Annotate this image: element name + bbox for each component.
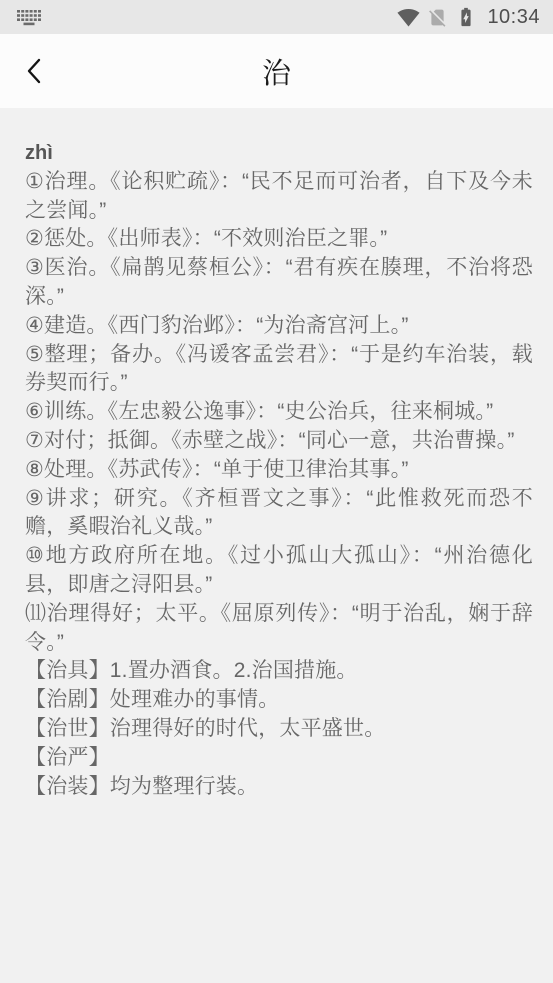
- status-bar: 10:34: [0, 0, 553, 34]
- screen: 10:34 治 zhì ①治理。《论积贮疏》：“民不足而可治者，自下及今未之尝闻…: [0, 0, 553, 983]
- definition-content: zhì ①治理。《论积贮疏》：“民不足而可治者，自下及今未之尝闻。” ②惩处。《…: [0, 108, 553, 983]
- no-sim-icon: [427, 7, 448, 28]
- compound-zhiju: 【治具】1.置办酒食。2.治国措施。: [25, 657, 533, 686]
- sense-3: ③医治。《扁鹊见蔡桓公》：“君有疾在腠理，不治将恐深。”: [25, 254, 533, 312]
- status-bar-right: 10:34: [397, 6, 540, 29]
- wifi-icon: [397, 8, 420, 27]
- sense-4: ④建造。《西门豹治邺》：“为治斋宫河上。”: [25, 312, 533, 341]
- sense-5: ⑤整理；备办。《冯谖客孟尝君》：“于是约车治装，载券契而行。”: [25, 341, 533, 399]
- sense-6: ⑥训练。《左忠毅公逸事》：“史公治兵，往来桐城。”: [25, 398, 533, 427]
- pinyin: zhì: [25, 139, 533, 168]
- sense-7: ⑦对付；抵御。《赤壁之战》：“同心一意，共治曹操。”: [25, 427, 533, 456]
- status-time: 10:34: [487, 6, 540, 29]
- back-button[interactable]: [14, 45, 54, 97]
- sense-9: ⑨讲求；研究。《齐桓晋文之事》：“此惟救死而恐不赡，奚暇治礼义哉。”: [25, 485, 533, 543]
- compound-zhiyan: 【治严】: [25, 744, 533, 773]
- compound-zhijeju: 【治剧】处理难办的事情。: [25, 686, 533, 715]
- chevron-left-icon: [24, 55, 44, 87]
- app-bar: 治: [0, 34, 553, 108]
- page-title: 治: [0, 51, 553, 92]
- sense-8: ⑧处理。《苏武传》：“单于使卫律治其事。”: [25, 456, 533, 485]
- sense-2: ②惩处。《出师表》：“不效则治臣之罪。”: [25, 225, 533, 254]
- sense-10: ⑩地方政府所在地。《过小孤山大孤山》：“州治德化县，即唐之浔阳县。”: [25, 542, 533, 600]
- battery-charging-icon: [455, 6, 477, 28]
- compound-zhizhuang: 【治装】均为整理行装。: [25, 773, 533, 802]
- sense-1: ①治理。《论积贮疏》：“民不足而可治者，自下及今未之尝闻。”: [25, 168, 533, 226]
- compound-zhishi: 【治世】治理得好的时代，太平盛世。: [25, 715, 533, 744]
- sense-11: ⑾治理得好；太平。《屈原列传》：“明于治乱，娴于辞令。”: [25, 600, 533, 658]
- keyboard-icon: [16, 9, 43, 26]
- status-bar-left: [16, 9, 43, 26]
